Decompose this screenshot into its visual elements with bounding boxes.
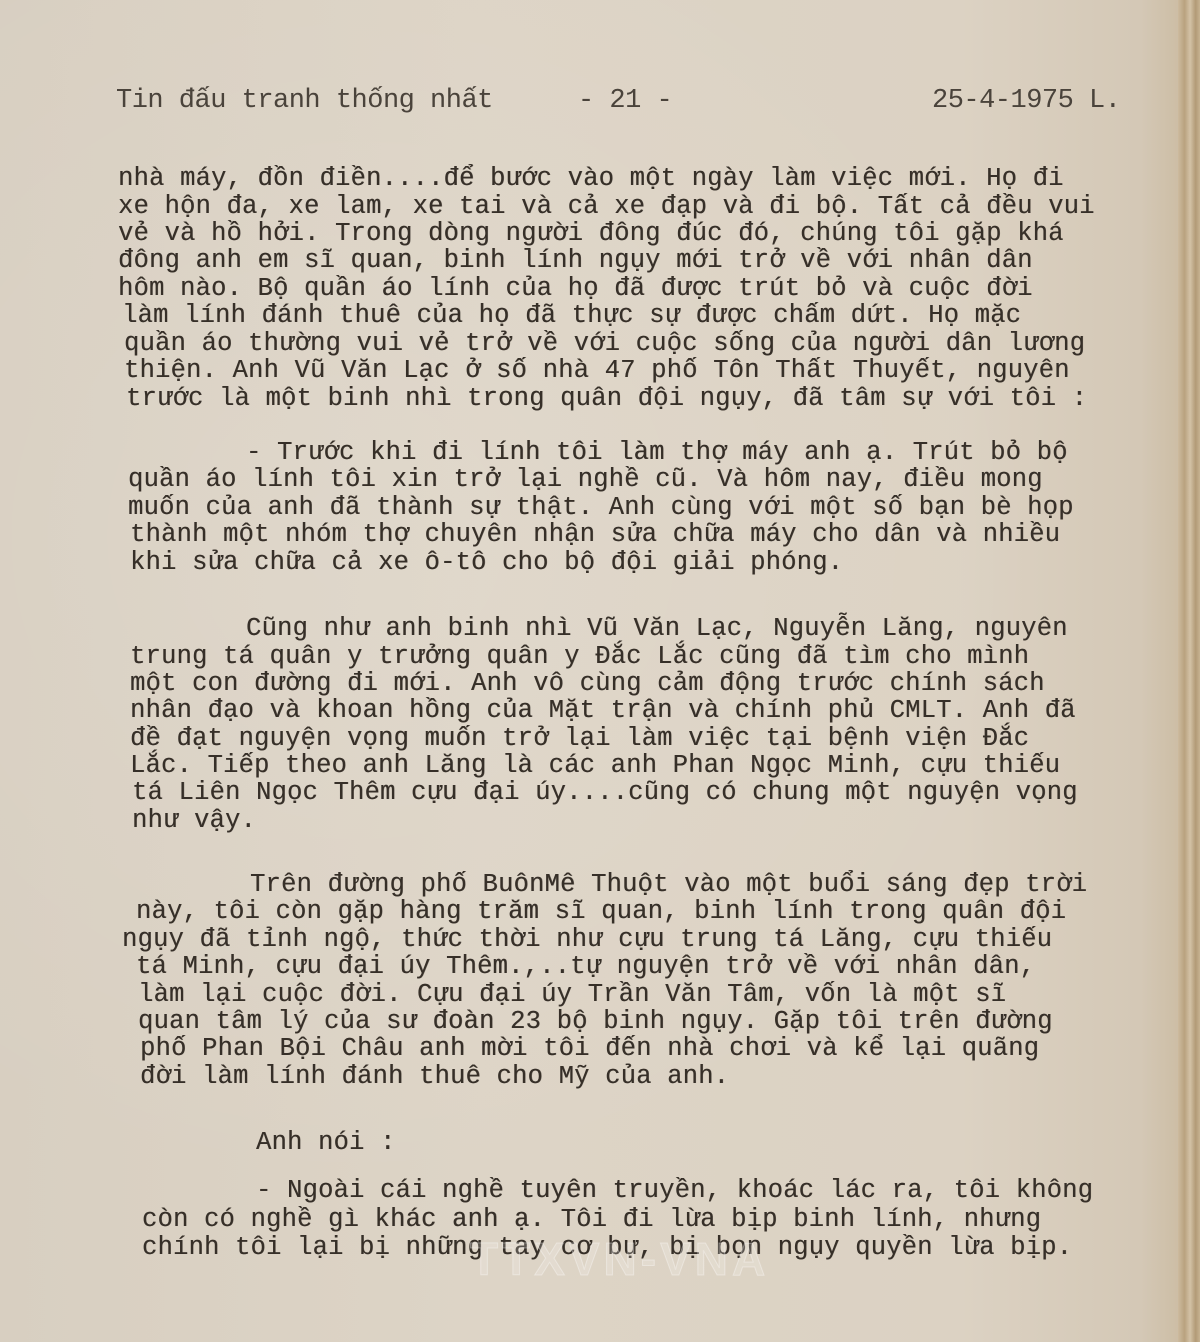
text-line: đề đạt nguyện vọng muốn trở lại làm việc… — [130, 724, 1029, 753]
text-line: vẻ và hồ hởi. Trong dòng người đông đúc … — [118, 219, 1064, 248]
text-line: đời làm lính đánh thuê cho Mỹ của anh. — [140, 1062, 729, 1091]
document-page: Tin đấu tranh thống nhất - 21 - 25-4-197… — [0, 0, 1200, 1342]
text-line: - Trước khi đi lính tôi làm thợ máy anh … — [246, 438, 1068, 467]
text-line: còn có nghề gì khác anh ạ. Tôi đi lừa bị… — [142, 1205, 1041, 1234]
text-line: Cũng như anh binh nhì Vũ Văn Lạc, Nguyễn… — [246, 614, 1068, 643]
text-line: quần áo lính tôi xin trở lại nghề cũ. Và… — [128, 465, 1043, 494]
text-line: làm lại cuộc đời. Cựu đại úy Trần Văn Tâ… — [138, 980, 1006, 1009]
text-line: tá Liên Ngọc Thêm cựu đại úy....cũng có … — [132, 778, 1078, 807]
text-line: Trên đường phố BuônMê Thuột vào một buổi… — [250, 870, 1087, 899]
text-line: thiện. Anh Vũ Văn Lạc ở số nhà 47 phố Tô… — [124, 356, 1070, 385]
text-line: trung tá quân y trưởng quân y Đắc Lắc cũ… — [130, 642, 1029, 671]
text-line: quần áo thường vui vẻ trở về với cuộc số… — [124, 329, 1085, 358]
text-line: Lắc. Tiếp theo anh Lăng là các anh Phan … — [130, 751, 1060, 780]
text-line: quan tâm lý của sư đoàn 23 bộ binh ngụy.… — [138, 1007, 1053, 1036]
text-line: thành một nhóm thợ chuyên nhận sửa chữa … — [130, 520, 1060, 549]
text-line: như vậy. — [132, 806, 256, 835]
text-line: phố Phan Bội Châu anh mời tôi đến nhà ch… — [140, 1034, 1039, 1063]
text-line: Anh nói : — [256, 1128, 396, 1157]
text-line: muốn của anh đã thành sự thật. Anh cùng … — [128, 493, 1074, 522]
page-binding-edge — [1178, 0, 1200, 1342]
text-line: đông anh em sĩ quan, binh lính ngụy mới … — [118, 246, 1033, 275]
publication-title: Tin đấu tranh thống nhất — [116, 86, 493, 116]
text-line: ngụy đã tỉnh ngộ, thức thời như cựu trun… — [122, 925, 1052, 954]
text-line: trước là một binh nhì trong quân đội ngụ… — [126, 384, 1087, 413]
page-number: - 21 - — [578, 86, 672, 116]
text-line: khi sửa chữa cả xe ô-tô cho bộ đội giải … — [130, 548, 843, 577]
text-line: nhân đạo và khoan hồng của Mặt trận và c… — [130, 696, 1076, 725]
agency-watermark: TTXVN-VNA — [470, 1232, 769, 1286]
text-line: - Ngoài cái nghề tuyên truyền, khoác lác… — [256, 1176, 1093, 1205]
text-line: xe hộn đa, xe lam, xe tai và cả xe đạp v… — [118, 192, 1095, 221]
text-line: tá Minh, cựu đại úy Thêm.,..tự nguyện tr… — [136, 952, 1035, 981]
text-line: nhà máy, đồn điền....để bước vào một ngà… — [118, 164, 1064, 193]
page-header: Tin đấu tranh thống nhất - 21 - 25-4-197… — [0, 86, 1200, 126]
text-line: một con đường đi mới. Anh vô cùng cảm độ… — [130, 669, 1045, 698]
document-date: 25-4-1975 L. — [932, 86, 1120, 116]
text-line: này, tôi còn gặp hàng trăm sĩ quan, binh… — [136, 897, 1066, 926]
text-line: hôm nào. Bộ quần áo lính của họ đã được … — [118, 274, 1033, 303]
text-line: làm lính đánh thuê của họ đã thực sự đượ… — [122, 301, 1021, 330]
